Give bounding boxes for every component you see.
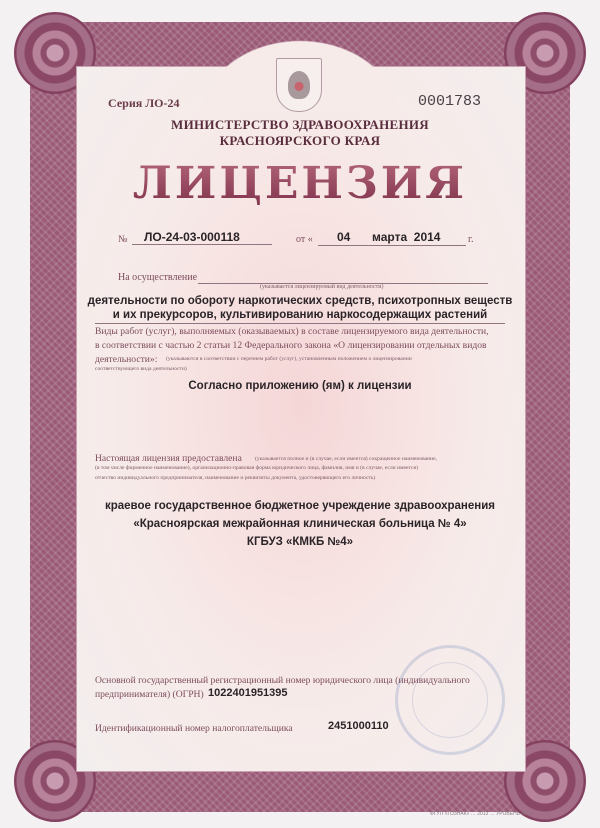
double-headed-eagle-icon [288,71,310,99]
date-day: 04 [337,230,350,244]
works-line2: в соответствии с частью 2 статьи 12 Феде… [95,340,487,351]
activity-underline [198,272,488,284]
coat-of-arms [276,58,322,112]
ogrn-value: 1022401951395 [208,687,288,699]
ministry-name-line2: КРАСНОЯРСКОГО КРАЯ [0,133,600,148]
works-hint1: (указываются в соответствии с перечнем р… [166,356,412,362]
printer-mark: ФГУП «ГОЗНАК» … 2013 … УРОВЕНЬ «Б» [430,811,530,817]
activity-line1: деятельности по обороту наркотических ср… [76,294,524,308]
serial-number: 0001783 [418,93,481,110]
ogrn-label-line1: Основной государственный регистрационный… [95,675,470,686]
works-line3: деятельности»: [95,354,157,365]
series-label: Серия ЛО-24 [108,96,180,111]
organization-full-name-line2: «Красноярская межрайонная клиническая бо… [76,518,524,530]
activity-label: На осуществление [118,272,197,283]
works-line1: Виды работ (услуг), выполняемых (оказыва… [95,326,489,337]
granted-hint3: отчество индивидуального предпринимателя… [95,475,375,481]
date-prefix: от « [296,234,313,245]
works-value: Согласно приложению (ям) к лицензии [76,380,524,392]
organization-short-name: КГБУЗ «КМКБ №4» [76,536,524,548]
document-title: ЛИЦЕНЗИЯ [0,158,600,209]
inn-value: 2451000110 [328,720,389,732]
organization-full-name-line1: краевое государственное бюджетное учрежд… [76,500,524,512]
inn-label: Идентификационный номер налогоплательщик… [95,723,293,734]
activity-hint: (указывается лицензируемый вид деятельно… [260,284,383,290]
granted-label: Настоящая лицензия предоставлена [95,453,242,464]
activity-divider [95,322,505,324]
ministry-name-line1: МИНИСТЕРСТВО ЗДРАВООХРАНЕНИЯ [0,117,600,132]
activity-line2: и их прекурсоров, культивированию наркос… [76,308,524,322]
ogrn-label-line2: предпринимателя) (ОГРН) [95,689,204,700]
date-suffix: г. [468,234,473,245]
granted-hint2: (в том числе фирменное наименование), ор… [95,465,418,471]
number-sign: № [118,234,128,245]
license-number: ЛО-24-03-000118 [132,230,272,245]
date-month-year: марта 2014 [372,230,440,244]
official-stamp [395,645,505,755]
works-hint2: соответствующего вида деятельности) [95,366,187,372]
granted-hint1: (указывается полное и (в случае, если им… [255,456,437,462]
